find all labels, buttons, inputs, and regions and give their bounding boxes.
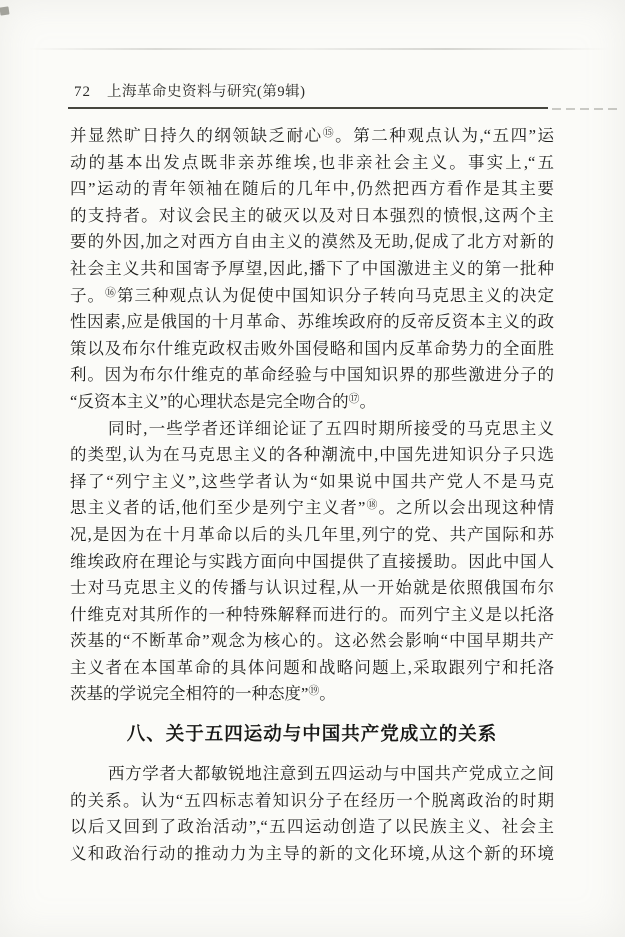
text-line: 策以及布尔什维克政权击败外国侵略和国内反革命势力的全面胜 [70, 336, 554, 363]
scan-artifact-mark [0, 6, 10, 15]
text-line: 的支持者。对议会民主的破灭以及对日本强烈的愤恨,这两个主 [70, 203, 554, 230]
book-page: 72 上海革命史资料与研究(第9辑) 并显然旷日持久的纲领缺乏耐心⑮。第二种观点… [0, 0, 625, 937]
paragraph-2: 同时,一些学者还详细论证了五四时期所接受的马克思主义 的类型,认为在马克思主义的… [70, 416, 554, 709]
text-line: 社会主义共和国寄予厚望,因此,播下了中国激进主义的第一批种 [70, 256, 554, 283]
text-line: 什维克对其所作的一种特殊解释而进行的。而列宁主义是以托洛 [70, 602, 554, 629]
text-line: 士对马克思主义的传播与认识过程,从一开始就是依照俄国布尔 [70, 575, 554, 602]
text-line: 子。⑯第三种观点认为促使中国知识分子转向马克思主义的决定 [70, 283, 554, 310]
paragraph-1: 并显然旷日持久的纲领缺乏耐心⑮。第二种观点认为,“五四”运 动的基本出发点既非亲… [70, 123, 554, 416]
text-line: 要的外因,加之对西方自由主义的漠然及无助,促成了北方对新的 [70, 229, 554, 256]
text-line: 择了“列宁主义”,这些学者认为“如果说中国共产党人不是马克 [70, 469, 554, 496]
scan-artifact-streak [28, 48, 608, 50]
text-line: 义和政治行动的推动力为主导的新的文化环境,从这个新的环境 [70, 841, 554, 868]
text-line: 动的基本出发点既非亲苏维埃,也非亲社会主义。事实上,“五 [70, 150, 554, 177]
text-line: 维埃政府在理论与实践方面向中国提供了直接援助。因此中国人 [70, 549, 554, 576]
text-line: 四”运动的青年领袖在随后的几年中,仍然把西方看作是其主要 [70, 176, 554, 203]
text-line: 况,是因为在十月革命以后的头几年里,列宁的党、共产国际和苏 [70, 522, 554, 549]
paragraph-3: 西方学者大都敏锐地注意到五四运动与中国共产党成立之间 的关系。认为“五四标志着知… [70, 761, 554, 867]
text-line: 的类型,认为在马克思主义的各种潮流中,中国先进知识分子只选 [70, 442, 554, 469]
text-line: 西方学者大都敏锐地注意到五四运动与中国共产党成立之间 [70, 761, 554, 788]
text-line: 思主义者的话,他们至少是列宁主义者”⑱。之所以会出现这种情 [70, 495, 554, 522]
page-number: 72 [74, 84, 91, 101]
header-rule [68, 107, 548, 109]
header-rule-artifact [552, 108, 622, 110]
text-line: 并显然旷日持久的纲领缺乏耐心⑮。第二种观点认为,“五四”运 [70, 123, 554, 150]
book-title: 上海革命史资料与研究(第9辑) [107, 80, 305, 101]
running-header: 72 上海革命史资料与研究(第9辑) [74, 80, 554, 101]
text-line: “反资本主义”的心理状态是完全吻合的⑰。 [70, 389, 554, 416]
text-line: 以后又回到了政治活动”,“五四运动创造了以民族主义、社会主 [70, 814, 554, 841]
text-line: 性因素,应是俄国的十月革命、苏维埃政府的反帝反资本主义的政 [70, 309, 554, 336]
section-heading: 八、关于五四运动与中国共产党成立的关系 [70, 720, 554, 747]
text-line: 茨基的“不断革命”观念为核心的。这必然会影响“中国早期共产 [70, 628, 554, 655]
text-line: 茨基的学说完全相符的一种态度”⑲。 [70, 681, 554, 708]
text-line: 利。因为布尔什维克的革命经验与中国知识界的那些激进分子的 [70, 362, 554, 389]
text-line: 的关系。认为“五四标志着知识分子在经历一个脱离政治的时期 [70, 788, 554, 815]
text-line: 主义者在本国革命的具体问题和战略问题上,采取跟列宁和托洛 [70, 655, 554, 682]
body-text: 并显然旷日持久的纲领缺乏耐心⑮。第二种观点认为,“五四”运 动的基本出发点既非亲… [70, 123, 554, 867]
text-line: 同时,一些学者还详细论证了五四时期所接受的马克思主义 [70, 416, 554, 443]
